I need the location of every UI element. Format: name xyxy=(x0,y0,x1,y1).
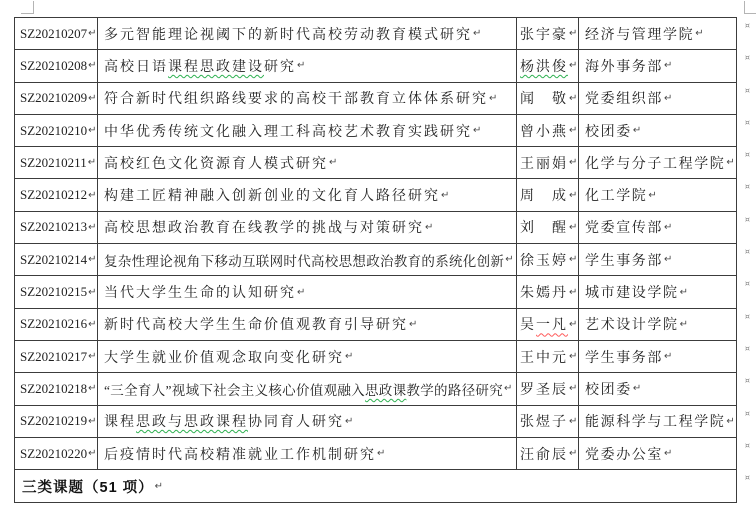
paragraph-mark-icon: ↵ xyxy=(88,287,96,298)
paragraph-mark-icon: ↵ xyxy=(633,383,641,394)
paragraph-mark-icon: ↵ xyxy=(569,60,577,71)
row-end-mark-icon: ¤ xyxy=(745,119,750,127)
paragraph-mark-icon: ↵ xyxy=(726,416,734,427)
paragraph-mark-icon: ↵ xyxy=(297,287,305,298)
paragraph-mark-icon: ↵ xyxy=(569,190,577,201)
paragraph-mark-icon: ↵ xyxy=(88,383,96,394)
spellcheck-green-wavy: 思政课 xyxy=(365,383,406,398)
project-title: 后疫情时代高校精准就业工作机制研究 xyxy=(104,444,376,464)
department: 党委宣传部 xyxy=(585,217,663,237)
paragraph-mark-icon: ↵ xyxy=(409,319,417,330)
project-id-cell[interactable]: SZ20210212 ↵ xyxy=(15,179,98,210)
paragraph-mark-icon: ↵ xyxy=(569,125,577,136)
paragraph-mark-icon: ↵ xyxy=(569,254,577,265)
spellcheck-green-wavy: 课程思政建设 xyxy=(168,60,264,75)
project-title: “三全育人”视域下社会主义核心价值观融入思政课教学的路径研究 xyxy=(104,379,503,399)
project-title: 高校思想政治教育在线教学的挑战与对策研究 xyxy=(104,217,424,237)
row-end-mark-icon: ¤ xyxy=(745,54,750,62)
paragraph-mark-icon: ↵ xyxy=(569,93,577,104)
department-cell[interactable]: 能源科学与工程学院 ↵ xyxy=(579,406,736,437)
row-end-mark-icon: ¤ xyxy=(745,87,750,95)
row-end-mark-icon: ¤ xyxy=(745,377,750,385)
leader-name-cell[interactable]: 王丽娟 ↵ xyxy=(517,147,579,178)
department-cell[interactable]: 城市建设学院 ↵ xyxy=(579,276,736,307)
project-id: SZ20210211 xyxy=(20,155,87,171)
department-cell[interactable]: 党委组织部 ↵ xyxy=(579,83,736,114)
leader-name: 徐玉婷 xyxy=(520,250,568,270)
paragraph-mark-icon: ↵ xyxy=(88,125,96,136)
project-id-cell[interactable]: SZ20210211 ↵ xyxy=(15,147,98,178)
leader-name-cell[interactable]: 罗圣辰 ↵ xyxy=(517,373,579,404)
department-cell[interactable]: 校团委 ↵ xyxy=(579,115,736,146)
department: 学生事务部 xyxy=(585,347,663,367)
paragraph-mark-icon: ↵ xyxy=(569,383,577,394)
department: 艺术设计学院 xyxy=(585,314,679,334)
paragraph-mark-icon: ↵ xyxy=(345,416,353,427)
project-title-cell[interactable]: 复杂性理论视角下移动互联网时代高校思想政治教育的系统化创新 ↵ xyxy=(98,244,517,275)
paragraph-mark-icon: ↵ xyxy=(441,190,449,201)
leader-name: 闻 敬 xyxy=(520,88,568,108)
department-cell[interactable]: 校团委 ↵ xyxy=(579,373,736,404)
row-end-mark-icon: ¤ xyxy=(745,442,750,450)
table-rows: SZ20210207 ↵ 多元智能理论视阈下的新时代高校劳动教育模式研究 ↵ 张… xyxy=(15,18,736,470)
row-end-mark-icon: ¤ xyxy=(745,248,750,256)
leader-name-cell[interactable]: 闻 敬 ↵ xyxy=(517,83,579,114)
department: 城市建设学院 xyxy=(585,282,679,302)
leader-name: 王中元 xyxy=(520,347,568,367)
row-end-mark-icon: ¤ xyxy=(745,151,750,159)
project-title: 多元智能理论视阈下的新时代高校劳动教育模式研究 xyxy=(104,24,472,44)
department-cell[interactable]: 艺术设计学院 ↵ xyxy=(579,309,736,340)
leader-name-cell[interactable]: 杨洪俊 ↵ xyxy=(517,50,579,81)
project-title-cell[interactable]: “三全育人”视域下社会主义核心价值观融入思政课教学的路径研究 ↵ xyxy=(98,373,517,404)
project-id: SZ20210209 xyxy=(20,90,87,106)
department: 化工学院 xyxy=(585,185,647,205)
project-id: SZ20210214 xyxy=(20,252,87,268)
leader-name-cell[interactable]: 刘 醒 ↵ xyxy=(517,212,579,243)
table-footer-row: 三类课题（51 项） ↵ ¤ xyxy=(15,470,736,502)
leader-name: 杨洪俊 xyxy=(520,56,568,76)
paragraph-mark-icon: ↵ xyxy=(648,190,656,201)
department: 海外事务部 xyxy=(585,56,663,76)
department-cell[interactable]: 海外事务部 ↵ xyxy=(579,50,736,81)
paragraph-mark-icon: ↵ xyxy=(88,28,96,39)
margin-corner-mark-top-right xyxy=(744,1,756,14)
project-id-cell[interactable]: SZ20210209 ↵ xyxy=(15,83,98,114)
row-end-mark-icon: ¤ xyxy=(745,280,750,288)
paragraph-mark-icon: ↵ xyxy=(345,351,353,362)
paragraph-mark-icon: ↵ xyxy=(88,157,96,168)
project-title-cell[interactable]: 符合新时代组织路线要求的高校干部教育立体体系研究 ↵ xyxy=(98,83,517,114)
row-end-mark-icon: ¤ xyxy=(745,22,750,30)
paragraph-mark-icon: ↵ xyxy=(425,222,433,233)
table-row: SZ20210216 ↵ 新时代高校大学生生命价值观教育引导研究 ↵ 吴一凡 ↵… xyxy=(15,309,736,341)
row-end-mark-icon: ¤ xyxy=(745,313,750,321)
project-title-cell[interactable]: 高校思想政治教育在线教学的挑战与对策研究 ↵ xyxy=(98,212,517,243)
department-cell[interactable]: 经济与管理学院 ↵ xyxy=(579,18,736,49)
spellcheck-green-wavy: 思政与思政课程 xyxy=(136,415,248,430)
project-title: 新时代高校大学生生命价值观教育引导研究 xyxy=(104,314,408,334)
project-id: SZ20210217 xyxy=(20,349,87,365)
paragraph-mark-icon: ↵ xyxy=(88,351,96,362)
table-row: SZ20210218 ↵ “三全育人”视域下社会主义核心价值观融入思政课教学的路… xyxy=(15,373,736,405)
department-cell[interactable]: 学生事务部 ↵ xyxy=(579,244,736,275)
row-end-mark-icon: ¤ xyxy=(745,183,750,191)
project-title: 复杂性理论视角下移动互联网时代高校思想政治教育的系统化创新 xyxy=(104,250,504,270)
row-end-mark-icon: ¤ xyxy=(745,474,750,482)
project-id: SZ20210212 xyxy=(20,187,87,203)
project-title: 当代大学生生命的认知研究 xyxy=(104,282,296,302)
department: 化学与分子工程学院 xyxy=(585,153,725,173)
table-row: SZ20210220 ↵ 后疫情时代高校精准就业工作机制研究 ↵ 汪俞辰 ↵ 党… xyxy=(15,438,736,470)
project-id-cell[interactable]: SZ20210220 ↵ xyxy=(15,438,98,469)
paragraph-mark-icon: ↵ xyxy=(726,157,734,168)
project-title: 高校日语课程思政建设研究 xyxy=(104,56,296,76)
paragraph-mark-icon: ↵ xyxy=(569,222,577,233)
project-title-cell[interactable]: 课程思政与思政课程协同育人研究 ↵ xyxy=(98,406,517,437)
paragraph-mark-icon: ↵ xyxy=(155,481,163,492)
leader-name: 张煜子 xyxy=(520,411,568,431)
department-cell[interactable]: 学生事务部 ↵ xyxy=(579,341,736,372)
project-id: SZ20210215 xyxy=(20,284,87,300)
project-id-cell[interactable]: SZ20210219 ↵ xyxy=(15,406,98,437)
department: 能源科学与工程学院 xyxy=(585,411,725,431)
leader-name: 吴一凡 xyxy=(520,314,568,334)
project-title-cell[interactable]: 大学生就业价值观念取向变化研究 ↵ xyxy=(98,341,517,372)
paragraph-mark-icon: ↵ xyxy=(664,60,672,71)
paragraph-mark-icon: ↵ xyxy=(664,222,672,233)
leader-name-cell[interactable]: 朱嫣丹 ↵ xyxy=(517,276,579,307)
table-row: SZ20210215 ↵ 当代大学生生命的认知研究 ↵ 朱嫣丹 ↵ 城市建设学院… xyxy=(15,276,736,308)
project-title-cell[interactable]: 高校日语课程思政建设研究 ↵ xyxy=(98,50,517,81)
paragraph-mark-icon: ↵ xyxy=(297,60,305,71)
paragraph-mark-icon: ↵ xyxy=(489,93,497,104)
project-id-cell[interactable]: SZ20210217 ↵ xyxy=(15,341,98,372)
table-row: SZ20210214 ↵ 复杂性理论视角下移动互联网时代高校思想政治教育的系统化… xyxy=(15,244,736,276)
project-id-cell[interactable]: SZ20210213 ↵ xyxy=(15,212,98,243)
leader-name-cell[interactable]: 王中元 ↵ xyxy=(517,341,579,372)
paragraph-mark-icon: ↵ xyxy=(504,383,512,394)
project-title: 中华优秀传统文化融入理工科高校艺术教育实践研究 xyxy=(104,121,472,141)
department: 经济与管理学院 xyxy=(585,24,694,44)
project-title: 大学生就业价值观念取向变化研究 xyxy=(104,347,344,367)
project-id-cell[interactable]: SZ20210210 ↵ xyxy=(15,115,98,146)
paragraph-mark-icon: ↵ xyxy=(633,125,641,136)
project-id-cell[interactable]: SZ20210207 ↵ xyxy=(15,18,98,49)
table-row: SZ20210212 ↵ 构建工匠精神融入创新创业的文化育人路径研究 ↵ 周 成… xyxy=(15,179,736,211)
table-row: SZ20210219 ↵ 课程思政与思政课程协同育人研究 ↵ 张煜子 ↵ 能源科… xyxy=(15,406,736,438)
paragraph-mark-icon: ↵ xyxy=(569,319,577,330)
table-row: SZ20210213 ↵ 高校思想政治教育在线教学的挑战与对策研究 ↵ 刘 醒 … xyxy=(15,212,736,244)
spellcheck-green-wavy: 杨洪俊 xyxy=(520,60,568,75)
project-title-cell[interactable]: 多元智能理论视阈下的新时代高校劳动教育模式研究 ↵ xyxy=(98,18,517,49)
table-row: SZ20210211 ↵ 高校红色文化资源育人模式研究 ↵ 王丽娟 ↵ 化学与分… xyxy=(15,147,736,179)
paragraph-mark-icon: ↵ xyxy=(664,448,672,459)
spellcheck-red-wavy: 一凡 xyxy=(536,318,568,333)
leader-name-cell[interactable]: 汪俞辰 ↵ xyxy=(517,438,579,469)
leader-name-cell[interactable]: 周 成 ↵ xyxy=(517,179,579,210)
leader-name-cell[interactable]: 徐玉婷 ↵ xyxy=(517,244,579,275)
paragraph-mark-icon: ↵ xyxy=(88,60,96,71)
project-id-cell[interactable]: SZ20210208 ↵ xyxy=(15,50,98,81)
projects-table: SZ20210207 ↵ 多元智能理论视阈下的新时代高校劳动教育模式研究 ↵ 张… xyxy=(14,17,737,503)
department-cell[interactable]: 党委宣传部 ↵ xyxy=(579,212,736,243)
project-id: SZ20210216 xyxy=(20,316,87,332)
project-id-cell[interactable]: SZ20210218 ↵ xyxy=(15,373,98,404)
paragraph-mark-icon: ↵ xyxy=(88,416,96,427)
paragraph-mark-icon: ↵ xyxy=(569,351,577,362)
paragraph-mark-icon: ↵ xyxy=(569,287,577,298)
project-id: SZ20210210 xyxy=(20,123,87,139)
paragraph-mark-icon: ↵ xyxy=(88,93,96,104)
leader-name-cell[interactable]: 吴一凡 ↵ xyxy=(517,309,579,340)
project-id: SZ20210218 xyxy=(20,381,87,397)
project-title-cell[interactable]: 中华优秀传统文化融入理工科高校艺术教育实践研究 ↵ xyxy=(98,115,517,146)
paragraph-mark-icon: ↵ xyxy=(664,254,672,265)
leader-name-cell[interactable]: 张宇豪 ↵ xyxy=(517,18,579,49)
leader-name: 刘 醒 xyxy=(520,217,568,237)
paragraph-mark-icon: ↵ xyxy=(88,319,96,330)
project-id-cell[interactable]: SZ20210215 ↵ xyxy=(15,276,98,307)
table-row: SZ20210208 ↵ 高校日语课程思政建设研究 ↵ 杨洪俊 ↵ 海外事务部 … xyxy=(15,50,736,82)
paragraph-mark-icon: ↵ xyxy=(569,416,577,427)
paragraph-mark-icon: ↵ xyxy=(88,448,96,459)
department-cell[interactable]: 化工学院 ↵ xyxy=(579,179,736,210)
paragraph-mark-icon: ↵ xyxy=(664,351,672,362)
leader-name: 曾小燕 xyxy=(520,121,568,141)
project-title: 高校红色文化资源育人模式研究 xyxy=(104,153,328,173)
project-id: SZ20210208 xyxy=(20,58,87,74)
project-id-cell[interactable]: SZ20210214 ↵ xyxy=(15,244,98,275)
table-row: SZ20210207 ↵ 多元智能理论视阈下的新时代高校劳动教育模式研究 ↵ 张… xyxy=(15,18,736,50)
project-title-cell[interactable]: 当代大学生生命的认知研究 ↵ xyxy=(98,276,517,307)
project-title-cell[interactable]: 后疫情时代高校精准就业工作机制研究 ↵ xyxy=(98,438,517,469)
department: 党委办公室 xyxy=(585,444,663,464)
paragraph-mark-icon: ↵ xyxy=(88,254,96,265)
paragraph-mark-icon: ↵ xyxy=(88,190,96,201)
paragraph-mark-icon: ↵ xyxy=(505,254,513,265)
paragraph-mark-icon: ↵ xyxy=(569,448,577,459)
footer-cell[interactable]: 三类课题（51 项） ↵ xyxy=(15,470,736,502)
document-page: SZ20210207 ↵ 多元智能理论视阈下的新时代高校劳动教育模式研究 ↵ 张… xyxy=(0,0,756,505)
paragraph-mark-icon: ↵ xyxy=(680,287,688,298)
paragraph-mark-icon: ↵ xyxy=(88,222,96,233)
project-title-cell[interactable]: 构建工匠精神融入创新创业的文化育人路径研究 ↵ xyxy=(98,179,517,210)
project-title-cell[interactable]: 新时代高校大学生生命价值观教育引导研究 ↵ xyxy=(98,309,517,340)
paragraph-mark-icon: ↵ xyxy=(473,125,481,136)
department-cell[interactable]: 党委办公室 ↵ xyxy=(579,438,736,469)
leader-name: 汪俞辰 xyxy=(520,444,568,464)
leader-name: 罗圣辰 xyxy=(520,379,568,399)
department: 校团委 xyxy=(585,379,632,399)
project-title: 构建工匠精神融入创新创业的文化育人路径研究 xyxy=(104,185,440,205)
project-id: SZ20210220 xyxy=(20,446,87,462)
table-row: SZ20210210 ↵ 中华优秀传统文化融入理工科高校艺术教育实践研究 ↵ 曾… xyxy=(15,115,736,147)
leader-name-cell[interactable]: 曾小燕 ↵ xyxy=(517,115,579,146)
project-id-cell[interactable]: SZ20210216 ↵ xyxy=(15,309,98,340)
paragraph-mark-icon: ↵ xyxy=(664,93,672,104)
paragraph-mark-icon: ↵ xyxy=(377,448,385,459)
table-row: SZ20210209 ↵ 符合新时代组织路线要求的高校干部教育立体体系研究 ↵ … xyxy=(15,83,736,115)
department: 党委组织部 xyxy=(585,88,663,108)
paragraph-mark-icon: ↵ xyxy=(680,319,688,330)
project-title: 符合新时代组织路线要求的高校干部教育立体体系研究 xyxy=(104,88,488,108)
table-row: SZ20210217 ↵ 大学生就业价值观念取向变化研究 ↵ 王中元 ↵ 学生事… xyxy=(15,341,736,373)
project-id: SZ20210207 xyxy=(20,26,87,42)
row-end-mark-icon: ¤ xyxy=(745,216,750,224)
row-end-mark-icon: ¤ xyxy=(745,410,750,418)
project-id: SZ20210219 xyxy=(20,413,87,429)
paragraph-mark-icon: ↵ xyxy=(569,157,577,168)
leader-name: 张宇豪 xyxy=(520,24,568,44)
paragraph-mark-icon: ↵ xyxy=(695,28,703,39)
leader-name: 王丽娟 xyxy=(520,153,568,173)
project-title: 课程思政与思政课程协同育人研究 xyxy=(104,411,344,431)
leader-name: 朱嫣丹 xyxy=(520,282,568,302)
leader-name: 周 成 xyxy=(520,185,568,205)
project-id: SZ20210213 xyxy=(20,219,87,235)
department: 学生事务部 xyxy=(585,250,663,270)
row-end-mark-icon: ¤ xyxy=(745,345,750,353)
department: 校团委 xyxy=(585,121,632,141)
paragraph-mark-icon: ↵ xyxy=(569,28,577,39)
department-cell[interactable]: 化学与分子工程学院 ↵ xyxy=(579,147,736,178)
paragraph-mark-icon: ↵ xyxy=(329,157,337,168)
paragraph-mark-icon: ↵ xyxy=(473,28,481,39)
leader-name-cell[interactable]: 张煜子 ↵ xyxy=(517,406,579,437)
margin-corner-mark-top-left xyxy=(21,1,34,14)
project-title-cell[interactable]: 高校红色文化资源育人模式研究 ↵ xyxy=(98,147,517,178)
footer-label: 三类课题（51 项） xyxy=(22,476,154,497)
